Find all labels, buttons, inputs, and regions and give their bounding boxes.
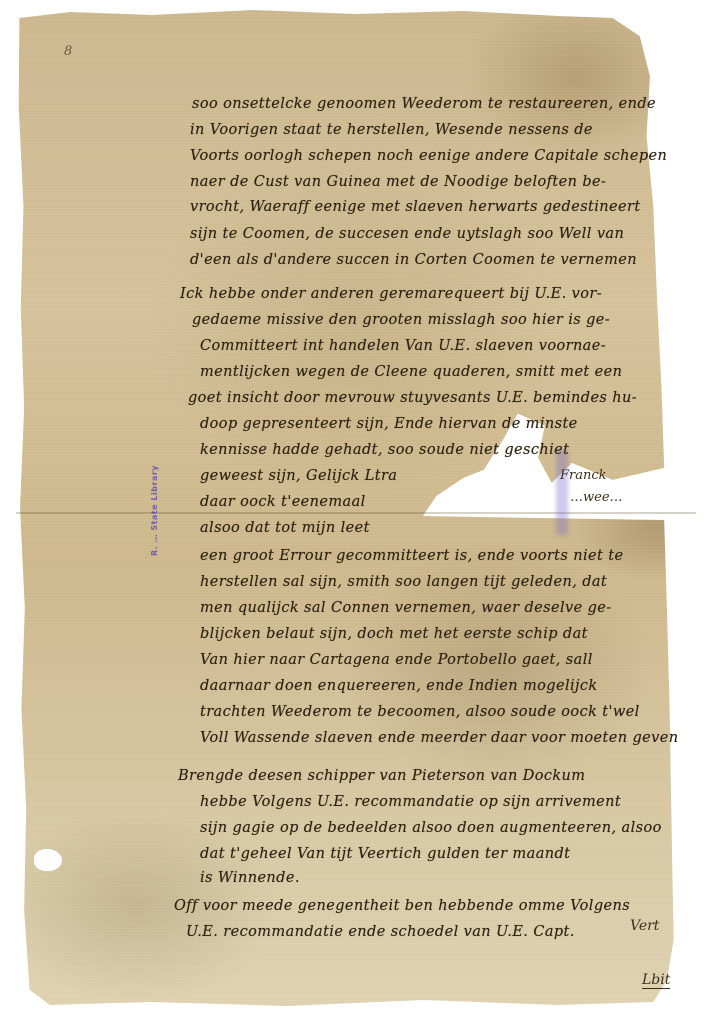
manuscript-line: dat t'geheel Van tijt Veertich gulden te… <box>200 846 570 862</box>
manuscript-line: mentlijcken wegen de Cleene quaderen, sm… <box>200 364 622 380</box>
manuscript-line: sijn te Coomen, de succesen ende uytslag… <box>190 226 624 242</box>
manuscript-line: blijcken belaut sijn, doch met het eerst… <box>200 626 588 642</box>
torn-fragment-line-1: Franck <box>560 468 607 483</box>
page-number-mark: 8 <box>64 44 72 59</box>
paper-hole <box>34 849 62 871</box>
manuscript-line: Van hier naar Cartagena ende Portobello … <box>200 652 593 668</box>
manuscript-line: Off voor meede genegentheit ben hebbende… <box>174 898 630 914</box>
manuscript-line: men qualijck sal Connen vernemen, waer d… <box>200 600 612 616</box>
manuscript-line: een groot Errour gecommitteert is, ende … <box>200 548 623 564</box>
manuscript-line: U.E. recommandatie ende schoedel van U.E… <box>186 924 575 940</box>
stamp-ink-bleed <box>556 450 568 535</box>
paper-fold-line <box>16 512 696 514</box>
torn-fragment-line-2: …wee… <box>570 490 623 505</box>
manuscript-line: geweest sijn, Gelijck Ltra <box>200 468 397 484</box>
manuscript-line: Ick hebbe onder anderen geremarequeert b… <box>180 286 602 302</box>
manuscript-line: Voorts oorlogh schepen noch eenige ander… <box>190 148 667 164</box>
manuscript-line: daar oock t'eenemaal <box>200 494 366 510</box>
scan-canvas: 8 R. … State Library soo onsettelcke gen… <box>0 0 727 1024</box>
manuscript-line: daarnaar doen enquereeren, ende Indien m… <box>200 678 598 694</box>
manuscript-line: goet insicht door mevrouw stuyvesants U.… <box>188 390 637 406</box>
manuscript-line: is Winnende. <box>200 870 300 886</box>
manuscript-line: Committeert int handelen Van U.E. slaeve… <box>200 338 606 354</box>
manuscript-line: hebbe Volgens U.E. recommandatie op sijn… <box>200 794 621 810</box>
manuscript-line: doop gepresenteert sijn, Ende hiervan de… <box>200 416 578 432</box>
manuscript-line: d'een als d'andere succen in Corten Coom… <box>190 252 637 268</box>
catchword-vert: Vert <box>630 918 659 934</box>
manuscript-line: Brengde deesen schipper van Pieterson va… <box>178 768 585 784</box>
library-stamp: R. … State Library <box>150 450 166 570</box>
manuscript-line: sijn gagie op de bedeelden alsoo doen au… <box>200 820 662 836</box>
manuscript-line: gedaeme missive den grooten misslagh soo… <box>192 312 610 328</box>
manuscript-line: alsoo dat tot mijn leet <box>200 520 370 536</box>
manuscript-line: vrocht, Waeraff eenige met slaeven herwa… <box>190 199 641 215</box>
catchword-bottom: Lbit <box>642 972 670 989</box>
manuscript-line: kennisse hadde gehadt, soo soude niet ge… <box>200 442 569 458</box>
manuscript-line: naer de Cust van Guinea met de Noodige b… <box>190 174 606 190</box>
manuscript-line: in Voorigen staat te herstellen, Wesende… <box>190 122 593 138</box>
manuscript-line: trachten Weederom te becoomen, alsoo sou… <box>200 704 640 720</box>
manuscript-line: herstellen sal sijn, smith soo langen ti… <box>200 574 607 590</box>
manuscript-line: Voll Wassende slaeven ende meerder daar … <box>200 730 678 746</box>
manuscript-line: soo onsettelcke genoomen Weederom te res… <box>192 96 656 112</box>
